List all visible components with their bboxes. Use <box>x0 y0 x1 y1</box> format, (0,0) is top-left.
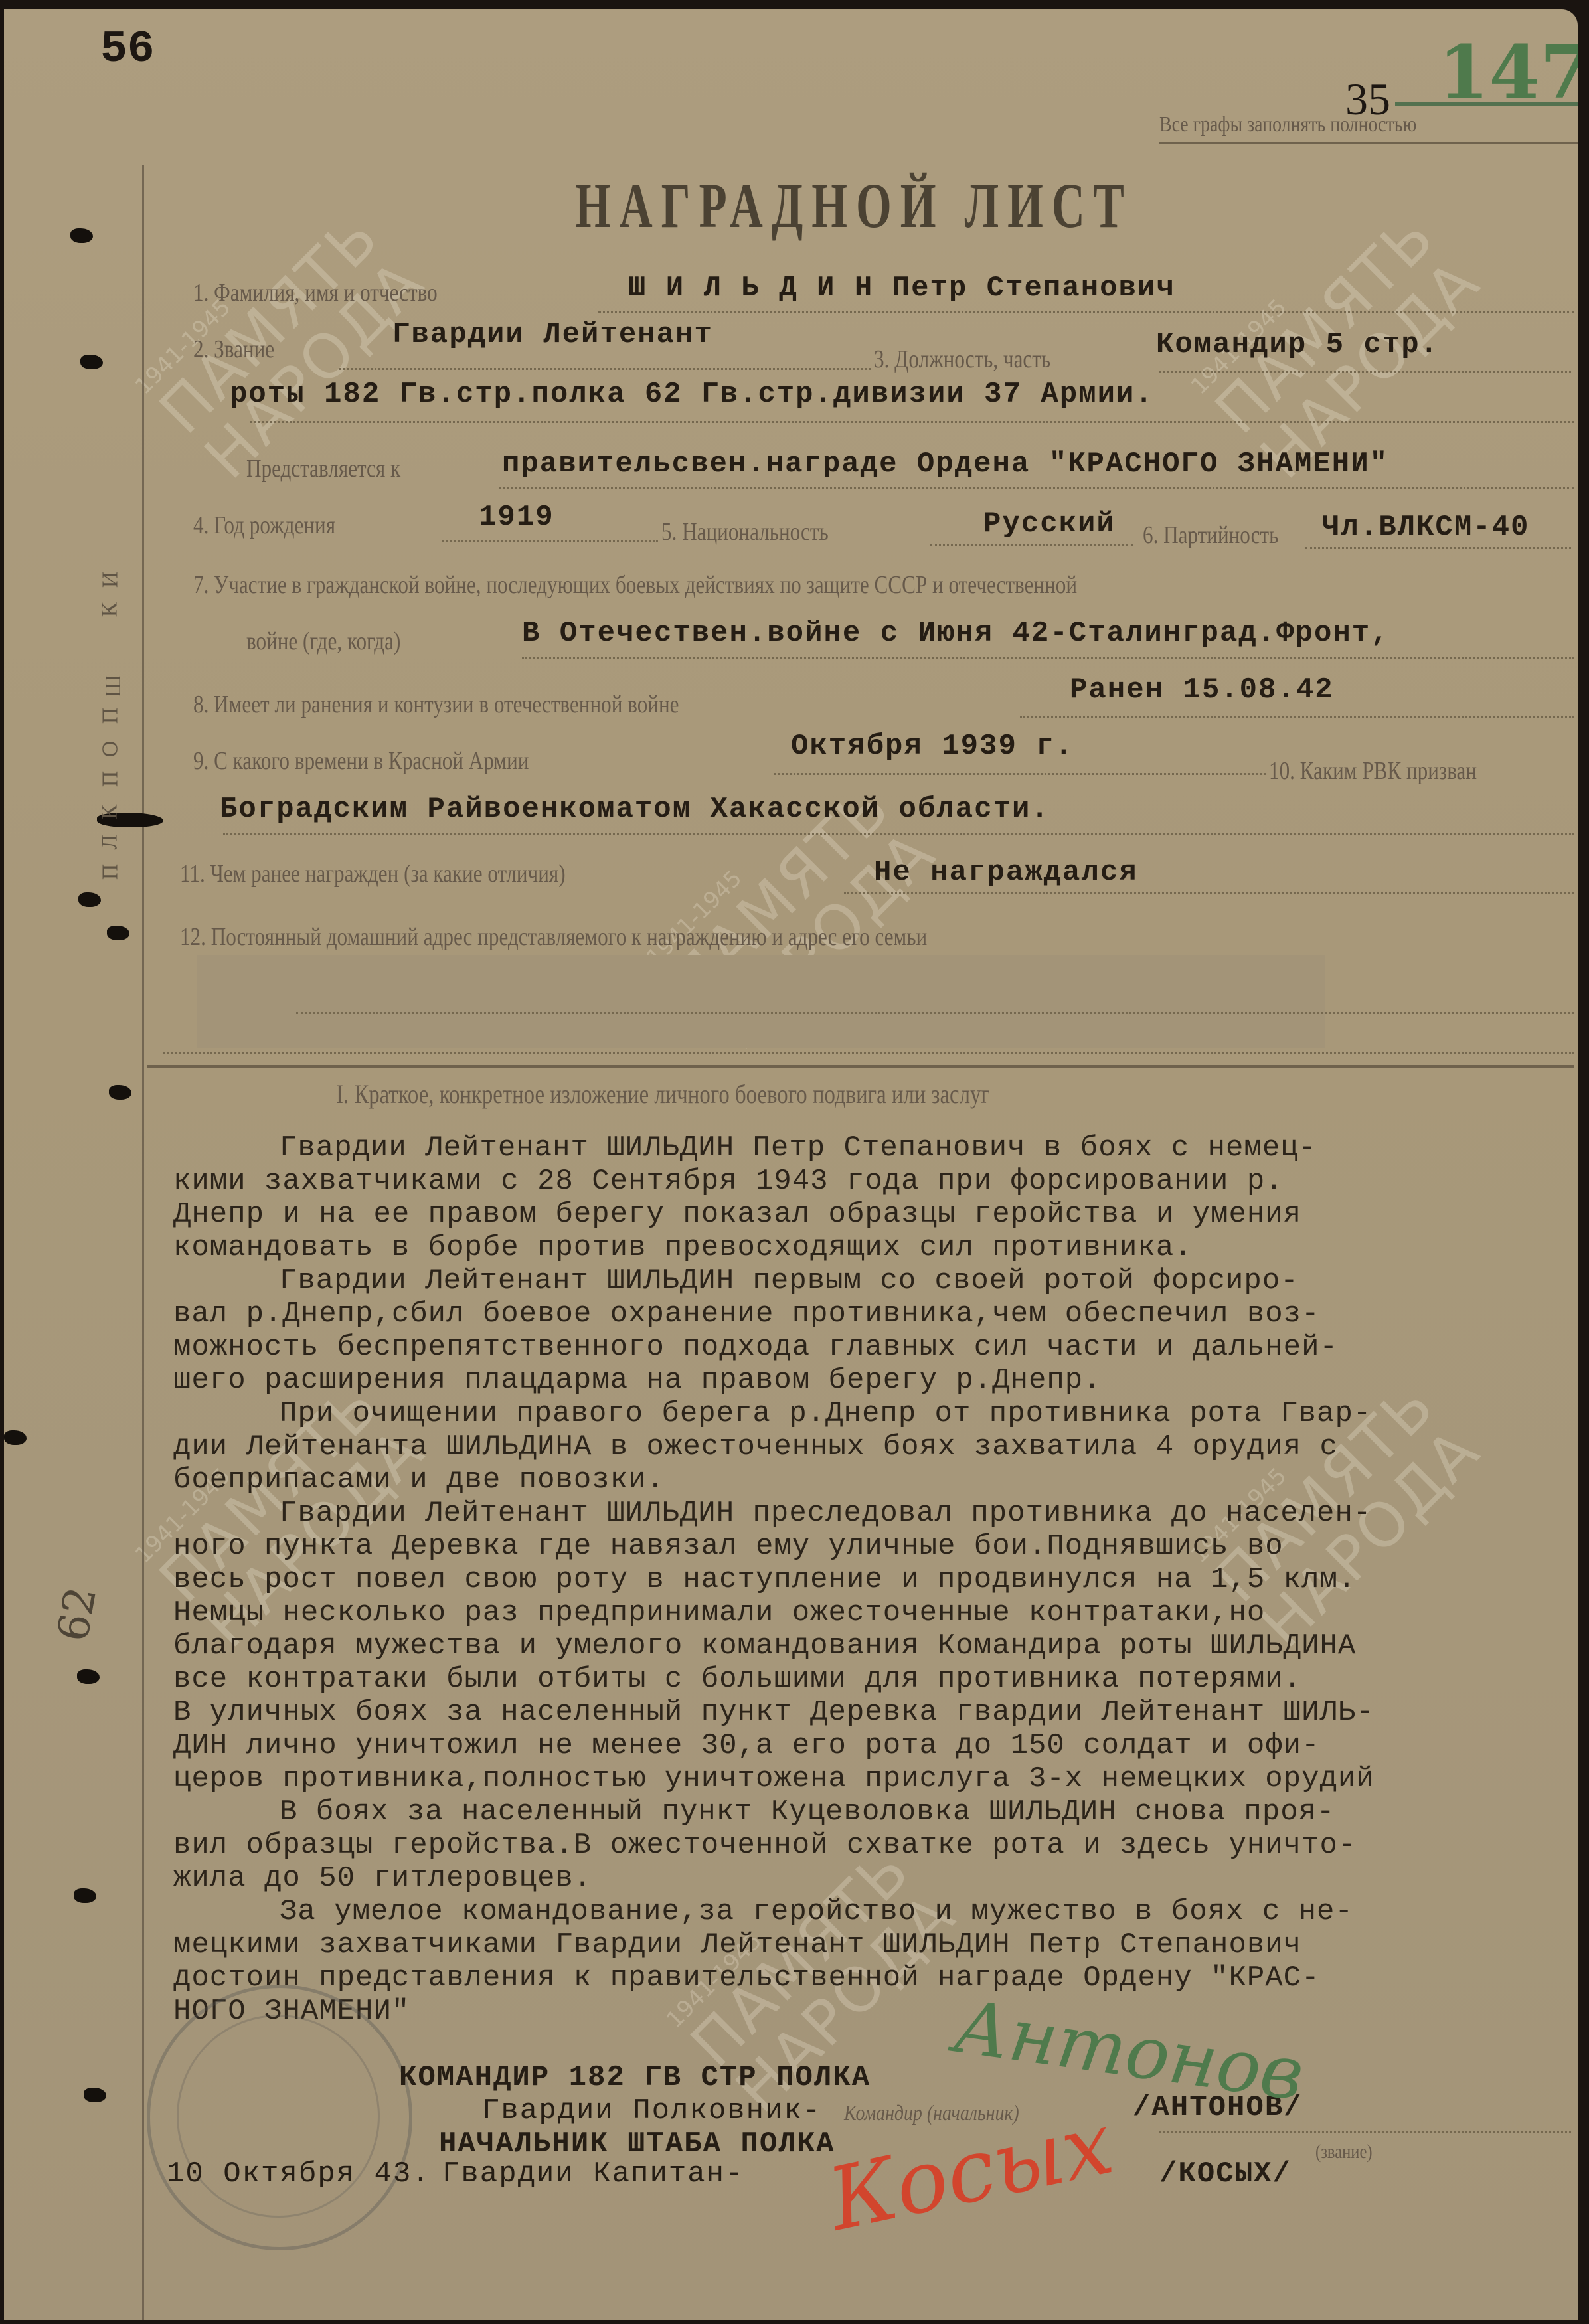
field-value-party: Чл.ВЛКСМ-40 <box>1322 511 1529 544</box>
narrative-line: В боях за населенный пункт Куцеволовка Ш… <box>173 1795 1568 1829</box>
margin-line <box>142 165 144 2320</box>
punch-hole <box>77 1669 100 1684</box>
field-line <box>1305 547 1571 549</box>
field-value-prior-awards: Не награждался <box>874 856 1138 889</box>
narrative-line: шего расширения плацдарма на правом бере… <box>173 1364 1568 1397</box>
narrative-line: достоин представления к правительственно… <box>173 1961 1568 1995</box>
field-label-draft-office: 10. Каким РВК призван <box>1269 756 1477 786</box>
narrative-text: Гвардии Лейтенант ШИЛЬДИН Петр Степанови… <box>173 1131 1568 2028</box>
margin-letter: П <box>98 771 123 788</box>
chief-of-staff-name: /КОСЫХ/ <box>1159 2157 1292 2191</box>
field-value-name: Ш И Л Ь Д И Н Петр Степанович <box>628 272 1175 305</box>
narrative-line: ДИН лично уничтожил не менее 30,а его ро… <box>173 1729 1568 1762</box>
unit-stamp <box>147 1985 412 2250</box>
narrative-line: мецкими захватчиками Гвардии Лейтенант Ш… <box>173 1928 1568 1961</box>
narrative-line: можность беспрепятственного подхода глав… <box>173 1331 1568 1364</box>
field-label-award: Представляется к <box>246 454 400 483</box>
punch-hole <box>70 228 93 243</box>
page-title: НАГРАДНОЙ ЛИСТ <box>575 169 1133 242</box>
narrative-line: командовать в борбе против превосходящих… <box>173 1231 1568 1264</box>
field-line <box>930 544 1133 546</box>
field-line <box>442 540 658 542</box>
margin-letter: П <box>98 864 123 880</box>
page-number: 56 <box>100 24 155 75</box>
narrative-line: Гвардии Лейтенант ШИЛЬДИН Петр Степанови… <box>173 1131 1568 1165</box>
field-value-draft-office: Боградским Райвоенкоматом Хакасской обла… <box>220 793 1050 826</box>
commander-title: КОМАНДИР 182 ГВ СТР ПОЛКА <box>399 2061 871 2094</box>
field-value-wounds: Ранен 15.08.42 <box>1070 673 1334 706</box>
field-label-home-address: 12. Постоянный домашний адрес представля… <box>180 922 927 952</box>
punch-hole <box>109 1085 131 1100</box>
field-line <box>1159 2131 1571 2133</box>
field-value-birth-year: 1919 <box>479 501 554 534</box>
instruction-text: Все графы заполнять полностью <box>1159 112 1416 137</box>
punch-hole <box>78 892 101 907</box>
narrative-line: ного пункта Деревка где навязал ему улич… <box>173 1530 1568 1563</box>
field-label-party: 6. Партийность <box>1143 521 1278 550</box>
field-label-war-participation-cont: войне (где, когда) <box>246 627 400 656</box>
field-label-service-since: 9. С какого времени в Красной Армии <box>193 746 529 776</box>
margin-letter: Ш <box>101 675 126 697</box>
chief-of-staff-rank: Гвардии Капитан- <box>442 2157 744 2191</box>
narrative-line: церов противника,полностью уничтожена пр… <box>173 1762 1568 1795</box>
field-label-nationality: 5. Национальность <box>661 517 829 546</box>
field-line <box>296 1012 1574 1014</box>
field-label-prior-awards: 11. Чем ранее награжден (за какие отличи… <box>180 859 566 888</box>
punch-hole <box>4 1430 27 1445</box>
punch-hole <box>107 926 129 940</box>
instruction-underline <box>1159 142 1578 144</box>
rank-form-label: (звание) <box>1315 2141 1373 2163</box>
field-label-position: 3. Должность, часть <box>874 345 1050 374</box>
field-line <box>774 773 1266 775</box>
section-divider <box>147 1065 1574 1068</box>
chief-of-staff-title: НАЧАЛЬНИК ШТАБА ПОЛКА <box>439 2127 835 2161</box>
field-line <box>223 833 1574 835</box>
narrative-line: вал р.Днепр,сбил боевое охранение против… <box>173 1297 1568 1331</box>
field-value-rank: Гвардии Лейтенант <box>392 318 713 351</box>
field-label-rank: 2. Звание <box>193 335 274 364</box>
narrative-line: благодаря мужества и умелого командовани… <box>173 1629 1568 1663</box>
field-line <box>339 368 871 370</box>
award-sheet-page: 1941-1945 ПАМЯТЬ НАРОДА 1941-1945 ПАМЯТЬ… <box>4 9 1578 2320</box>
punch-hole <box>84 2088 106 2102</box>
commander-rank: Гвардии Полковник- <box>482 2094 821 2127</box>
field-line <box>844 892 1574 894</box>
narrative-line: жила до 50 гитлеровцев. <box>173 1862 1568 1895</box>
margin-letter: П <box>98 708 123 724</box>
field-value-service-since: Октября 1939 г. <box>791 730 1074 763</box>
margin-letter: Л <box>98 834 123 849</box>
sheet-date: 10 Октября 43. <box>167 2157 431 2191</box>
field-value-position-cont: роты 182 Гв.стр.полка 62 Гв.стр.дивизии … <box>230 378 1154 411</box>
narrative-line: Гвардии Лейтенант ШИЛЬДИН преследовал пр… <box>173 1497 1568 1530</box>
field-value-war-participation: В Отечествен.войне с Июня 42-Сталинград.… <box>522 617 1390 650</box>
narrative-line: При очищении правого берега р.Днепр от п… <box>173 1397 1568 1430</box>
watermark: 1941-1945 ПАМЯТЬ НАРОДА <box>130 185 436 490</box>
field-label-birth-year: 4. Год рождения <box>193 511 335 540</box>
field-value-award: правительсвен.награде Ордена "КРАСНОГО З… <box>502 448 1388 481</box>
narrative-line: В уличных боях за населенный пункт Дерев… <box>173 1696 1568 1729</box>
narrative-line: Гвардии Лейтенант ШИЛЬДИН первым со свое… <box>173 1264 1568 1297</box>
narrative-line: НОГО ЗНАМЕНИ" <box>173 1995 1568 2028</box>
field-line <box>163 1052 1574 1054</box>
narrative-line: все контратаки были отбиты с большими дл… <box>173 1663 1568 1696</box>
narrative-line: Немцы несколько раз предпринимали ожесто… <box>173 1596 1568 1629</box>
field-label-wounds: 8. Имеет ли ранения и контузии в отечест… <box>193 690 679 719</box>
punch-hole <box>74 1888 96 1903</box>
narrative-line: вил образцы геройства.В ожесточенной схв… <box>173 1829 1568 1862</box>
field-line <box>1020 716 1574 718</box>
field-line <box>598 311 1574 313</box>
field-label-name: 1. Фамилия, имя и отчество <box>193 278 438 307</box>
punch-hole <box>80 355 103 369</box>
strike-line <box>1395 102 1578 106</box>
narrative-heading: I. Краткое, конкретное изложение личного… <box>336 1078 990 1110</box>
field-value-nationality: Русский <box>983 507 1116 540</box>
field-line <box>522 657 1574 659</box>
field-line <box>250 421 1574 423</box>
narrative-line: весь рост повел свою роту в наступление … <box>173 1563 1568 1596</box>
narrative-line: Днепр и на ее правом берегу показал обра… <box>173 1198 1568 1231</box>
margin-letter: И <box>98 572 123 588</box>
redacted-address <box>197 955 1325 1048</box>
field-label-war-participation: 7. Участие в гражданской войне, последую… <box>193 570 1077 600</box>
field-value-position: Командир 5 стр. <box>1156 328 1439 361</box>
field-line <box>1159 371 1571 373</box>
handwritten-margin-note: 62 <box>48 1583 106 1645</box>
margin-letter: К <box>97 602 122 618</box>
margin-letter: К <box>97 805 122 820</box>
narrative-line: За умелое командование,за геройство и му… <box>173 1895 1568 1928</box>
narrative-line: боеприпасами и две повозки. <box>173 1463 1568 1497</box>
narrative-line: дии Лейтенанта ШИЛЬДИНА в ожесточенных б… <box>173 1430 1568 1463</box>
narrative-line: кими захватчиками с 28 Сентября 1943 год… <box>173 1165 1568 1198</box>
margin-letter: О <box>98 741 123 758</box>
field-line <box>499 487 1574 489</box>
